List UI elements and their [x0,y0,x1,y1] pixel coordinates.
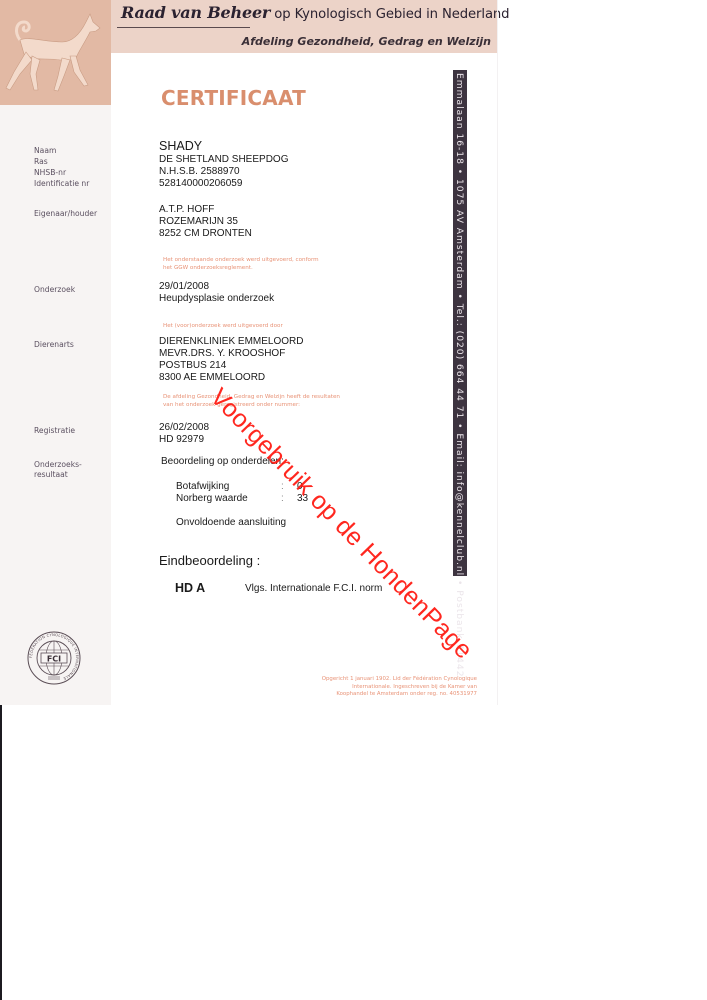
score-row: Botafwijking : 0 [176,481,229,493]
organization-brand: Raad van Beheer [121,3,270,22]
footer-line: Opgericht 1 januari 1902. Lid der Fédéra… [257,676,477,684]
dog-illustration [0,0,111,105]
label-sidebar [0,105,111,705]
owner-city: 8252 CM DRONTEN [159,228,252,240]
header-band: Raad van Beheer op Kynologisch Gebied in… [111,0,497,53]
label-resultaat-2: resultaat [34,469,68,480]
registration-number: HD 92979 [159,434,204,446]
label-naam: Naam [34,145,56,156]
footer-note: Opgericht 1 januari 1902. Lid der Fédéra… [257,676,477,699]
certificate-page: Raad van Beheer op Kynologisch Gebied in… [0,0,707,1000]
owner-name: A.T.P. HOFF [159,204,214,216]
score-colon: : [281,493,284,505]
dog-icon [0,0,111,105]
fci-logo: FCI FÉDÉRATION CYNOLOGIQUE INTERNATIONAL… [26,630,82,686]
label-onderzoek: Onderzoek [34,284,75,295]
note-vet: Het (voor)onderzoek werd uitgevoerd door [163,322,283,330]
note-exam-1: Het onderstaande onderzoek werd uitgevoe… [163,256,319,264]
contact-info: Emmalaan 16-18 • 1075 AV Amsterdam • Tel… [454,73,465,678]
certificate-title: CERTIFICAAT [161,86,306,110]
department-subtitle: Afdeling Gezondheid, Gedrag en Welzijn [242,35,491,48]
page-edge [497,0,498,705]
vet-clinic: DIERENKLINIEK EMMELOORD [159,336,303,348]
final-grade: HD A [175,581,205,595]
score-row: Norberg waarde : 33 [176,493,248,505]
vet-postbox: POSTBUS 214 [159,360,226,372]
label-ras: Ras [34,156,48,167]
final-norm: Vlgs. Internationale F.C.I. norm [245,583,382,594]
dog-nhsb: N.H.S.B. 2588970 [159,166,240,178]
final-assessment-label: Eindbeoordeling : [159,553,260,568]
label-nhsb: NHSB-nr [34,167,66,178]
owner-street: ROZEMARIJN 35 [159,216,238,228]
header-divider [117,27,250,28]
organization-title: Raad van Beheer op Kynologisch Gebied in… [121,3,509,23]
dog-name: SHADY [159,139,202,153]
fci-globe-icon: FCI FÉDÉRATION CYNOLOGIQUE INTERNATIONAL… [26,630,82,686]
dog-breed: DE SHETLAND SHEEPDOG [159,154,288,166]
exam-type: Heupdysplasie onderzoek [159,293,274,305]
footer-line: Koophandel te Amsterdam onder reg. no. 4… [257,691,477,699]
score-label: Norberg waarde [176,493,248,504]
label-dierenarts: Dierenarts [34,339,74,350]
svg-text:FCI: FCI [47,655,61,664]
result-remark: Onvoldoende aansluiting [176,517,286,529]
footer-line: Internationale. Ingeschreven bij de Kame… [257,684,477,692]
exam-date: 29/01/2008 [159,281,209,293]
dog-id: 528140000206059 [159,178,242,190]
registration-date: 26/02/2008 [159,422,209,434]
note-registration-1: De afdeling Gezondheid, Gedrag en Welzij… [163,393,340,401]
score-label: Botafwijking [176,481,229,492]
label-registratie: Registratie [34,425,75,436]
label-eigenaar: Eigenaar/houder [34,208,97,219]
vet-city: 8300 AE EMMELOORD [159,372,265,384]
label-identificatie: Identificatie nr [34,178,89,189]
note-exam-2: het GGW onderzoeksreglement. [163,264,253,272]
vet-doctor: MEVR.DRS. Y. KROOSHOF [159,348,285,360]
scan-edge [0,705,2,1000]
organization-title-rest: op Kynologisch Gebied in Nederland [270,7,509,22]
